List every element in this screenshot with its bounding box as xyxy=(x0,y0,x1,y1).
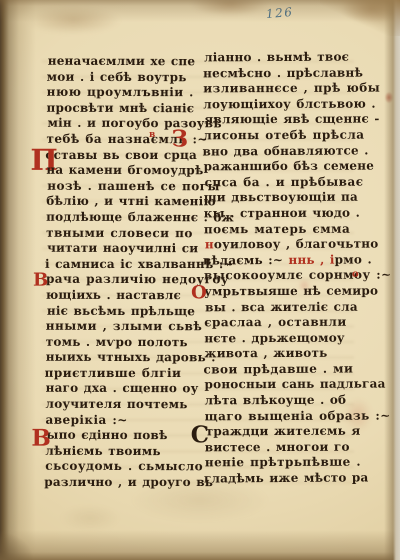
text-segment: нюю цроумлъвніи . xyxy=(47,85,194,100)
text-segment: щаго выщеніа образь :~ xyxy=(205,408,391,423)
text-segment: нєте . дрьжещомоу xyxy=(204,330,345,345)
text-segment: вистесе . многои го xyxy=(205,440,350,455)
text-line: Злисоны отебѣ прѣсла xyxy=(203,128,357,144)
manuscript-column-right: ліанно . вьнмѣ твоєнесмѣсно . прѣславнѣи… xyxy=(203,50,359,487)
page-right-edge xyxy=(384,0,400,560)
text-line: ныихь чтныхь даровь . xyxy=(46,350,200,366)
text-line: Страждци жителємь я xyxy=(206,424,360,440)
text-line: ражаншибо бѣз семене xyxy=(204,159,358,175)
manuscript-column-left: неначаємлми хе спемои . і себѣ воутрьнюю… xyxy=(45,54,201,491)
page-corner-bottom-left xyxy=(0,510,60,560)
text-line: ши двьствоующіи па xyxy=(204,190,358,206)
text-segment: ніє вьсѣмь прѣльще xyxy=(47,303,195,318)
text-segment: просвѣти мнѣ сіаніє xyxy=(47,101,195,116)
text-segment: ліанно . вьнмѣ твоє xyxy=(204,50,349,65)
text-segment: н xyxy=(205,237,214,251)
text-segment: поємь матерь ємма xyxy=(204,221,350,236)
text-line: вистесе . многои го xyxy=(205,440,359,456)
text-segment: читати наоучилні си xyxy=(47,241,198,256)
text-line: ліанно . вьнмѣ твоє xyxy=(204,50,358,66)
rubric-margin-note: о xyxy=(352,269,359,280)
text-segment: живота , животь xyxy=(204,346,327,361)
text-line: приєтливше блгіи xyxy=(45,366,199,382)
text-line: твными словеси по xyxy=(46,225,200,241)
text-line: бѣлію , и чтні каменію xyxy=(46,194,200,210)
text-line: томь . мѵро полоть xyxy=(46,334,200,350)
text-segment: неніе прѣтрьпѣвше . xyxy=(205,455,361,470)
manuscript-photo: 126 неначаємлми хе спемои . і себѣ воутр… xyxy=(0,0,400,560)
text-segment: оуиловоу , благочьтно xyxy=(214,237,379,252)
text-segment: изливаннєсе , прѣ юбы xyxy=(203,81,380,96)
text-segment: несмѣсно . прѣславнѣ xyxy=(203,65,363,80)
text-line: являющіе явѣ сщеннє - xyxy=(204,112,358,128)
text-segment: лисоны отебѣ прѣсла xyxy=(203,128,364,143)
text-line: гладѣмь иже мѣсто ра xyxy=(204,470,358,487)
text-segment: вы . вса жителіє сла xyxy=(205,299,358,314)
text-line: спса ба . и прѣбыває xyxy=(205,174,359,190)
text-segment: неначаємлми хе спе xyxy=(48,54,196,69)
text-segment: лѣніємь твоимь xyxy=(45,444,160,458)
text-segment: лѣта влѣкоуще . об xyxy=(205,393,347,408)
text-line: неначаємлми хе спе xyxy=(48,54,202,70)
text-line: роносныи сань падльгаа xyxy=(204,377,358,393)
text-segment: твными словеси по xyxy=(46,225,193,240)
text-line: Врача различію недоугоу xyxy=(46,272,200,288)
text-segment: вно два обнавляютсе . xyxy=(202,143,368,158)
text-line: высокооумлє сорнмоу :~ xyxy=(204,268,358,284)
text-line: нными , злыми сьвѣ xyxy=(46,319,200,335)
text-segment: роносныи сань падльгаа xyxy=(204,377,385,392)
text-line: на камени бгомоудрѣ xyxy=(46,163,200,179)
text-segment: различно , и дроуго вь xyxy=(44,475,213,489)
text-segment: нозѣ . пашенѣ се погы xyxy=(47,178,220,193)
text-segment: ражаншибо бѣз семене xyxy=(204,159,375,174)
text-line: поємь матерь ємма xyxy=(204,221,358,237)
text-segment: лоующіихоу блстьвою . xyxy=(203,96,376,111)
text-line: ноуиловоу , благочьтно xyxy=(205,237,359,253)
text-segment: кы . страннои чюдо . xyxy=(204,206,360,221)
text-line: лѣніємь твоимь xyxy=(45,444,199,460)
text-line: нозѣ . пашенѣ се погы xyxy=(47,178,201,194)
text-segment: ющіихь . наставлє xyxy=(46,288,181,302)
text-line: просвѣти мнѣ сіаніє xyxy=(47,101,201,117)
text-line: Оумрьтвыяше нѣ семиро xyxy=(204,284,358,300)
text-segment: аверікіа :~ xyxy=(45,412,127,426)
text-line: свои прѣдавше . ми xyxy=(203,361,357,378)
text-segment: свои прѣдавше . ми xyxy=(203,361,353,376)
text-segment: ши двьствоующіи па xyxy=(204,190,358,205)
text-line: лоучителя почтемь xyxy=(46,397,200,413)
text-segment: лоучителя почтемь xyxy=(46,397,188,411)
page-corner-top-right xyxy=(320,0,400,36)
text-line: вно два обнавляютсе . xyxy=(202,143,356,160)
text-segment: ннь , і xyxy=(288,252,334,266)
text-segment: ыпо єдінно повѣ xyxy=(46,428,167,442)
text-line: Выпо єдінно повѣ xyxy=(46,428,200,444)
text-segment: рмо . xyxy=(335,252,372,266)
text-line: нюю цроумлъвніи . xyxy=(47,85,201,101)
page-bottom-edge xyxy=(0,530,400,560)
text-line: кы . страннои чюдо . xyxy=(204,206,358,222)
text-segment: ныихь чтныхь даровь . xyxy=(46,350,216,365)
text-segment: высокооумлє сорнмоу :~ xyxy=(204,268,392,283)
text-line: нєте . дрьжещомоу xyxy=(204,330,358,346)
text-line: лѣта влѣкоуще . об xyxy=(205,393,359,409)
text-line: подлѣюще блаженнє . бж xyxy=(46,210,200,226)
text-segment: томь . мѵро полоть xyxy=(46,334,188,348)
text-line: наго дха . сщенно оу xyxy=(46,381,200,397)
text-segment: мои . і себѣ воутрь xyxy=(47,69,187,83)
text-line: щаго выщеніа образь :~ xyxy=(205,408,359,424)
binding-gutter-shadow xyxy=(0,0,36,560)
rubric-margin-note: в xyxy=(149,130,155,140)
text-line: лоующіихоу блстьвою . xyxy=(203,96,357,112)
text-segment: являющіе явѣ сщеннє - xyxy=(204,112,379,127)
text-line: вы . вса жителіє сла xyxy=(205,299,359,315)
text-line: различно , и дроуго вь xyxy=(44,475,198,491)
text-segment: спса ба . и прѣбыває xyxy=(205,174,364,189)
text-line: изливаннєсе , прѣ юбы xyxy=(203,81,357,97)
text-line: ніє вьсѣмь прѣльще xyxy=(47,303,201,319)
text-segment: гладѣмь иже мѣсто ра xyxy=(204,470,369,485)
text-line: читати наоучилні си xyxy=(47,241,201,257)
text-line: неніе прѣтрьпѣвше . xyxy=(205,455,359,471)
text-segment: сьсоудомь . сьмысло xyxy=(45,459,203,474)
text-segment: приєтливше блгіи xyxy=(45,366,182,380)
text-segment: єраслаа , оставнли xyxy=(204,315,346,330)
text-segment: нными , злыми сьвѣ xyxy=(46,319,202,334)
text-segment: умрьтвыяше нѣ семиро xyxy=(204,283,378,298)
text-line: аверікіа :~ xyxy=(45,412,199,428)
text-line: ющіихь . наставлє xyxy=(46,288,200,304)
text-line: і самниса іс хвалваннѣ :~ xyxy=(45,257,199,273)
text-line: живота , животь xyxy=(204,346,358,362)
text-segment: траждци жителємь я xyxy=(206,424,361,439)
text-line: несмѣсно . прѣславнѣ xyxy=(203,65,357,81)
text-line: вѣдаємь :~ ннь , ірмо . xyxy=(203,252,357,269)
text-segment: наго дха . сщенно оу xyxy=(46,381,199,396)
text-segment: вѣдаємь :~ xyxy=(203,253,289,268)
text-line: єраслаа , оставнли xyxy=(204,315,358,331)
drop-cap-initial: З xyxy=(171,127,188,150)
text-line: сьсоудомь . сьмысло xyxy=(45,459,199,475)
text-segment: на камени бгомоудрѣ xyxy=(46,163,203,178)
text-line: мои . і себѣ воутрь xyxy=(47,69,201,85)
text-segment: бѣлію , и чтні каменію xyxy=(46,194,216,209)
text-segment: мін . и погоубо разоувѣ xyxy=(47,116,221,131)
